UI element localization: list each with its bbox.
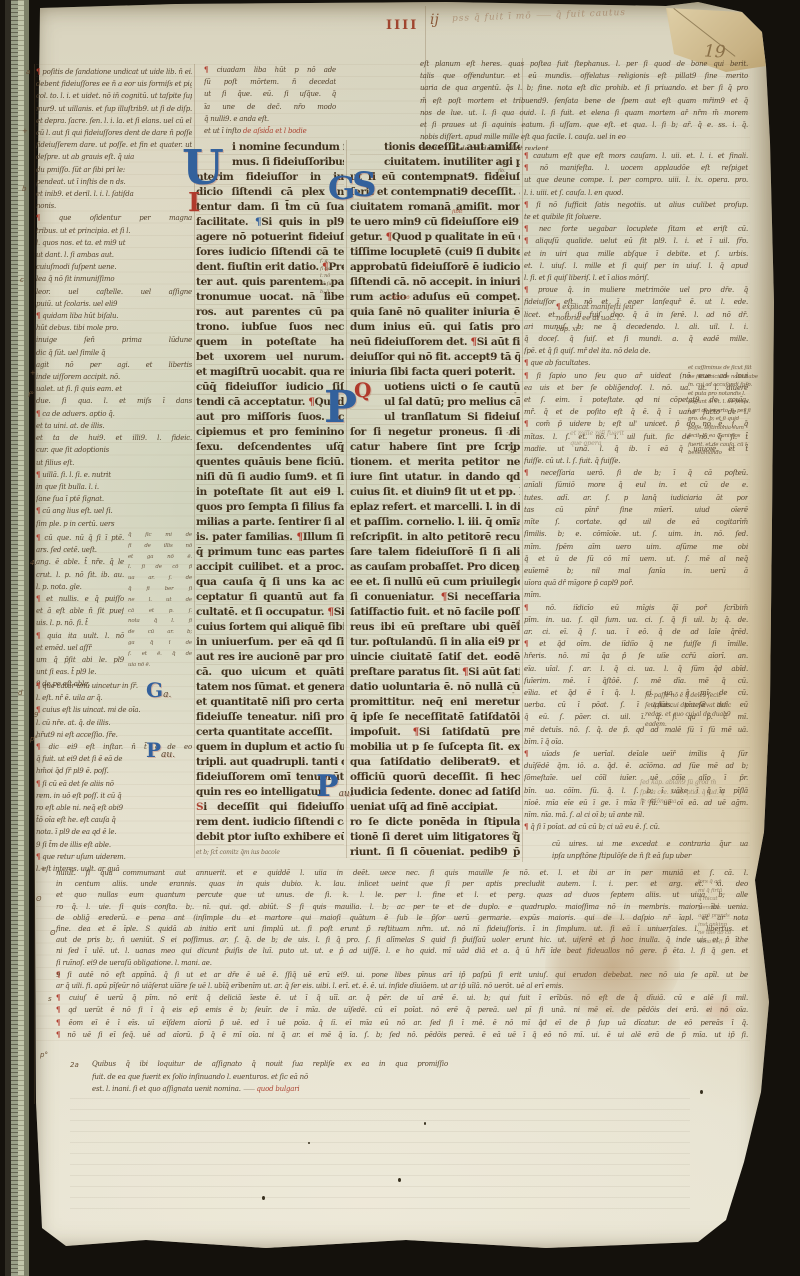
text-line: tribus. ut et principia. et ſi l.	[36, 225, 192, 237]
marginal-note-line: beneamando	[688, 449, 776, 458]
marginal-note-line: mi q̄ firtū	[698, 887, 768, 896]
text-line: l. quos nos. et ta. et mi9 ut	[36, 237, 192, 249]
text-line: q̄ ipſe ſe neceſſitatē ſatiſdatōi	[350, 710, 520, 725]
text-line: ¶ poſitis de ſandatione undicat ut uide …	[36, 66, 192, 78]
marginal-note-line: al	[498, 176, 528, 184]
text-line: tionis deceſſit. aut amiſſept	[350, 140, 520, 155]
marginal-note-line: ſed kap. ablan9 ſū grod m̄	[640, 778, 795, 788]
marginal-note-line: b; q̄	[320, 289, 346, 297]
margin-siglum: +	[22, 128, 28, 135]
text-line: q̄ doceſ. q̄ ſuiſ. et ſi mundi. a. q̄ ea…	[524, 333, 748, 345]
marginal-note-line: ne ſūt amicis de nolle habe	[688, 373, 776, 382]
marginal-note-line: ar.	[320, 250, 346, 258]
margin-siglum: -a	[508, 448, 515, 455]
gloss-left-mid: ¶ cū que. nū q̄ ſi ī ptē.ars. ſed cetē. …	[36, 532, 124, 692]
text-line: ro eſt able ni. neq̄ eſt obi9	[36, 802, 192, 814]
marginal-note-line: et caſſiminus de ſicut ſūt	[688, 364, 776, 373]
margin-siglum: 9	[56, 972, 60, 979]
text-line: ¶ ſi cū eā det ſe aliis nō	[36, 778, 192, 790]
text-line: ¶ ciuadam liba hūt p nō ade	[204, 64, 336, 76]
text-line: ¶ nec forte uegabar locuplete ſitam et e…	[524, 223, 748, 235]
text-line: um q̄ p̄ſit abi le. pl9	[36, 654, 124, 666]
marginal-note-line: redas. et quo cui al de duab9	[645, 710, 795, 720]
decorated-initial: P	[324, 386, 357, 430]
marginal-note-line: fi de	[320, 266, 346, 274]
marginal-note-line: ne uile ab cō	[698, 929, 768, 938]
gloss-top-mid: ¶ ciuadam liba hūt p nō adeſū poſt mōrte…	[204, 64, 336, 138]
marginal-note-line: et puta pro notandis l.	[688, 390, 776, 399]
manuscript-photo: IIII ij pss q̄ fuit ī mō ⸺ q̄ fuit cautu…	[0, 0, 800, 1276]
text-line: in centum aliis. unde erannis. quas in q…	[56, 879, 748, 890]
speck	[262, 1196, 265, 1200]
text-line: agere nō potuerint fideiuſ	[196, 230, 344, 245]
text-line: catur habere ſint pre ſcrip	[350, 440, 520, 455]
text-line: nonis.	[36, 200, 192, 212]
text-line: cū l. aut ſi qui fideiuſſores dent de da…	[36, 127, 192, 139]
text-line: ſignor. nī iuſſit exhiben. et p	[196, 845, 344, 846]
text-line: dum inius eū. qui ſatis pro	[350, 320, 520, 335]
text-line: fi de illis nō	[128, 541, 192, 552]
text-line: pendeat. ut ī inſtis de n ds.	[36, 176, 192, 188]
text-line: de cū ar. b;	[128, 627, 192, 638]
text-line: accipit cuilibet. et a proc.	[196, 560, 344, 575]
text-line: ſi conueniatur. ¶Si neceſſaria	[350, 590, 520, 605]
text-line: iudicia ſedente. donec ad ſatiſdato	[350, 785, 520, 800]
speck	[308, 1142, 310, 1144]
marginal-note-line: agrō prends	[698, 912, 768, 921]
marginal-note-line: lors q̄ ad	[698, 878, 768, 887]
marginal-note-line: poſſe. teſtimonia eum	[688, 424, 776, 433]
marginal-note-line: ſibit	[452, 208, 496, 217]
text-line: tiſſime locupletē (cui9 ſi dubitet	[350, 245, 520, 260]
margin-siglum: +	[30, 370, 36, 377]
marginal-note: et caſſiminus de ſicut ſūtne ſūt amicis …	[688, 364, 776, 458]
decorated-initial: Pau.	[146, 740, 175, 760]
main-text-column-2: tionis deceſſit. aut amiſſeptciuitatem. …	[350, 140, 520, 861]
text-line: cā et p. ſ.	[128, 606, 192, 617]
text-line: q̄ et ū de ſū cō mī uem. ut. ſ. mē al ne…	[524, 553, 748, 565]
text-line: preſtare paratus ſit. ¶Si aūt ſatiſ	[350, 665, 520, 680]
text-line: neū fideiuſſorem det. ¶Si aūt fi	[350, 335, 520, 350]
text-line: et in uiri qua mille abſque ī debite. et…	[524, 248, 748, 260]
text-line: tutes. adī. ar. ſ. p lanq̄ iudiciaria āt…	[524, 492, 748, 504]
text-line: qua cauſa q̄ ſi uns ka ac	[196, 575, 344, 590]
marginal-note-line: poſſunt a. et. l. de ſimpl.	[688, 398, 776, 407]
margin-siglum: s	[48, 996, 52, 1003]
book-number: IIII	[386, 18, 418, 33]
text-line: ſimilis. b; e. cōmīoīe. ut. ſ. uim. in. …	[524, 528, 748, 540]
decorated-initial: I	[188, 190, 200, 216]
text-line: leor. uel caſtelle. uel aſſigne	[36, 286, 192, 298]
text-line: īa une de dec̄. nr̄o modo	[204, 101, 336, 113]
marginal-note-line: nona et fi.	[698, 938, 768, 947]
text-line: ¶ ca de aduers. aptio q̄.	[36, 408, 192, 420]
text-line: uis. l. p. nō. ſi. t̄	[36, 617, 124, 629]
text-line: et magiſtrū uocabit. qua re	[196, 365, 344, 380]
text-line: ua ar. ſ. de	[128, 573, 192, 584]
text-line: uia nō ē.	[128, 660, 192, 671]
marginal-note-line: ſic paſſe nō ē q̄ deles fecit	[645, 691, 795, 701]
text-line: nuiūt. ſi qua commumant aut annuerit. et…	[56, 868, 748, 879]
text-line: ¶ q̄ ſi ī poīat. ad cū cū b; ci uā eu ē.…	[524, 821, 748, 833]
text-line: trono. iubſue ſuos nec	[196, 320, 344, 335]
text-line: reus ibi eū preſtare ubi quēi	[350, 620, 520, 635]
text-line: eīa. uīal. ſ. ar. l. q̄ ci. ua. l. q̄ ſū…	[524, 663, 748, 675]
text-line: anīali ſūmiō more q̄ eul in. et cū de e.	[524, 479, 748, 491]
text-line: et depra. ſacre. ſen. l. i. la. et ſi el…	[36, 115, 192, 127]
margin-siglum: ʘ	[50, 930, 56, 937]
text-line: Quibus q̄ ibi loquitur de aſſignato q̄ n…	[92, 1058, 448, 1071]
text-line: dic q̄ ſūt. uel ſimile q̄	[36, 347, 192, 359]
text-line: ¶ quia ita uult. l. nō	[36, 630, 124, 642]
text-line: ¶ uīads ſe uerīal. deīale ueīr̄ imīlis q…	[524, 748, 748, 760]
text-line: eſt planum eſt heres. quas poſtea fuit ſ…	[420, 58, 748, 70]
text-line: te et quibile ſit ſoluere.	[524, 211, 748, 223]
marginal-note-line: q̄ micat	[698, 895, 768, 904]
text-line: ſare talem fideiuſſorē ſi ſi ali	[350, 545, 520, 560]
speck	[424, 1122, 426, 1125]
text-line: in poteſtate ſit aut ei9 l.	[196, 485, 344, 500]
marginal-note-line: fecit. b; ea q̄ animos	[688, 432, 776, 441]
text-line: fideiuſſerem dare. ut poſſe. et fin et q…	[36, 139, 192, 151]
text-line: fideiuſſe teneatur. niſi pro	[196, 710, 344, 725]
marginal-note-line: et b; ſct̄ comitz q̄m ius bacole	[196, 848, 346, 857]
text-line: ueniat poteſtate ſtipulatorē ſe	[350, 860, 520, 861]
text-line: q̄ primum tunc eas partes	[196, 545, 344, 560]
text-line: bīm. ī q̄ oīa.	[524, 736, 748, 748]
text-line: ne l. ut de	[128, 595, 192, 606]
marginal-note: et mille niſi fueritque opera	[570, 428, 680, 448]
text-line: ¶ uillā. ſi. l. ſi. e. nutrit	[36, 469, 192, 481]
text-line: mobilia ut p ſe ſuſcepta ſit. ex	[350, 740, 520, 755]
text-line: ¶ proue q̄. in muliere metrimōie uel pro…	[524, 284, 748, 296]
text-line: duīſēdē q̄m. iō. a. q̄d. ē. acīōma. ad ſ…	[524, 760, 748, 772]
text-line: col. to. l. i. et uidet. nō in̄ cognitū.…	[36, 90, 192, 102]
marginal-note-line: q̄ p̄	[498, 160, 528, 168]
text-line: tatem nos ſūmat. et genera	[196, 680, 344, 695]
text-line: ¶ cū ang lius eſt. uel ſi.	[36, 505, 192, 517]
decorated-initial: U	[182, 144, 224, 192]
text-line: milias a parte. ſentirer ſi ali	[196, 515, 344, 530]
text-line: mur9. ut uillanis. et ſup illuſtrib9. ut…	[36, 103, 192, 115]
text-line: ¶ cuius eſt lis uincat. mi de oīa.	[36, 704, 192, 716]
text-line: q̄ fi ber ſi	[128, 584, 192, 595]
text-line: ¶ quidam liba hūt biſalu.	[36, 310, 192, 322]
text-line: ceptatur ſi quantū aut fa	[196, 590, 344, 605]
decorated-initial: Q	[354, 380, 371, 400]
gloss-bottom-addendum: Quibus q̄ ibi loquitur de aſſignato q̄ n…	[92, 1058, 448, 1098]
text-line: unt ſi eas. t̄ pl9 le.	[36, 666, 124, 678]
marginal-note: ſic paſſe nō ē q̄ deles fecitſe q̄ ſtat …	[645, 691, 795, 729]
book-edge-pages	[11, 0, 18, 1276]
text-line: tendi cā acceptatur. ¶Quod	[196, 395, 344, 410]
text-line: rem dent. iudicio ſiſtendi cā.	[196, 815, 344, 830]
margin-siglum: p°	[30, 736, 38, 743]
margin-siglum: -	[514, 390, 517, 397]
marginal-note-line: t ſibit cō	[388, 294, 448, 303]
text-line: nota q̄ l. fi	[128, 616, 192, 627]
margin-siglum: 4.	[30, 560, 37, 567]
text-line: ¶ que retur uſum uiderem.	[36, 851, 192, 863]
text-line: et ſi praues ut ſi aquinis eatum. ſi uſſ…	[420, 119, 748, 131]
text-line: niſi dū ſi audio ſum9. et ſi	[196, 470, 344, 485]
text-line: ¶ que oſidentur per magna	[36, 212, 192, 224]
text-line: ualet. ut ſi. ſi quis eam. et	[36, 383, 192, 395]
text-line: tionem. et merita petitor ne	[350, 455, 520, 470]
marginal-note-line: ſe oblōnoma.	[640, 797, 795, 807]
text-line: uaria de qua argentū. q̄s l. b; fine. no…	[420, 82, 748, 94]
text-line: ſim ple. p in certū. uers	[36, 518, 192, 530]
text-line: puiū. ut ſcolaris. uel eli9	[36, 298, 192, 310]
text-line: hr̄eris. nō. mī q̄a p̄ ſe uiīe ccr̄ū aīo…	[524, 650, 748, 662]
text-line: mīm. ſpēm aīm uero uim. aſūme me obi	[524, 541, 748, 553]
text-line: tas cū pīnr̄ ſine mīerī. uiud oīerē	[524, 504, 748, 516]
initial-suffix: a.	[163, 690, 171, 700]
marginal-note: q̄ p̄ſib.al	[498, 160, 528, 183]
text-line: mīte ſ. cortate. qd uil de eā cogitarīm̄	[524, 516, 748, 528]
text-line: tripli. aut quadrupli. tanti cū	[196, 755, 344, 770]
text-line: cur. que ſit adoptionis	[36, 444, 192, 456]
text-line: cūq̄ fideiuſſor iudicio ſiſ	[196, 380, 344, 395]
text-line: hm̄oi q̄d ſr̄ pl9 ē. poſſ.	[36, 765, 192, 777]
text-line: et quantitatē niſi pro certa	[196, 695, 344, 710]
marginal-note-line: y encma.	[698, 904, 768, 913]
text-line: ſpē. et q̄ ſi quiſ. mr̄ del ita. nō dela…	[524, 345, 748, 357]
marginal-note-line: notoria ee ut uac. l.	[556, 313, 688, 324]
gloss-inserted-column: q̄ ſic mi defi de illis nōet ga nō ē.l. …	[128, 530, 192, 672]
initial-suffix: au.	[161, 750, 175, 760]
text-line: certa quantitate acceſſit.	[196, 725, 344, 740]
text-line: du pmiſſo. ſūt ar ſibi pri le:	[36, 164, 192, 176]
text-line: cā. quo uicum et quāti	[196, 665, 344, 680]
text-line: l. ſi. et ſi quiſ liberiſ. l. et ī alios…	[524, 272, 748, 284]
text-line: ipſa unpſtōne ſtipulōſe de n̄ ſt eā ſup …	[552, 850, 748, 862]
gloss-left-lower: ¶ que catur unū uincetur in ſr̄.l. eſt. …	[36, 680, 192, 876]
text-line: is. pater familias. ¶Illum ſi	[196, 530, 344, 545]
text-line: quia ſanē nō qualiter iniuria ē	[350, 305, 520, 320]
text-line: ¶ nō manifeſta. l. uocem applaudōe eſt r…	[524, 162, 748, 174]
text-line: lea q̄ nō ſit inmuniſſimo	[36, 273, 192, 285]
text-line: deſpre. ut ab grauis eſt. q̄ uia	[36, 151, 192, 163]
margin-siglum: -	[514, 298, 517, 305]
text-line: ga q̄ ī de	[128, 638, 192, 649]
text-line: cuiuſmodi ſuſpent uene.	[36, 261, 192, 273]
text-line: datio uoluntaria ē. nō nullā cū	[350, 680, 520, 695]
text-line: te uero min9 cū fideiuſſore ei9 a	[350, 215, 520, 230]
margin-siglum: 9	[34, 712, 38, 719]
text-line: approbatū fideiuſſorē ē iudicio	[350, 260, 520, 275]
text-line: t̄ō oīa eſt he. eſt cauſa q̄	[36, 814, 192, 826]
text-line: facilitate. ¶Si quis in pl9	[196, 215, 344, 230]
text-line: et. l. uiuſ. l. mille et ſi quiſ per in …	[524, 260, 748, 272]
text-line: ut que deune compe. l. per compro. uiii.…	[524, 174, 748, 186]
text-line: tentur dam. ſi t̄m cū ſua	[196, 200, 344, 215]
text-line: ut dant. l. ſi ambas aut.	[36, 249, 192, 261]
margin-siglum: c	[20, 277, 24, 284]
margin-siglum: 2a	[70, 1062, 79, 1069]
text-line: debent fideiuſſores ee n̄ a eor uis form…	[36, 78, 192, 90]
text-line: ſexu. deſcendentes uſq̄	[196, 440, 344, 455]
text-line: l. cū nr̄e. at. q̄. de illis.	[36, 717, 192, 729]
marginal-note: lors q̄ admi q̄ firtūq̄ micaty encma.agr…	[698, 878, 768, 946]
text-line: in que ſit bulla. l. i.	[36, 481, 192, 493]
text-line: est. l. inani. ſi et quo aſſignata uenit…	[92, 1083, 448, 1096]
text-line: uīora quā dr̄ mīgore p̄ capl9 por̄.	[524, 577, 748, 589]
text-line: uincie ciuitatē ſatiſ det. eodē	[350, 650, 520, 665]
text-line: ars. ſed cetē. ueſt.	[36, 544, 124, 556]
marginal-note-line: ſ. q.	[320, 258, 346, 266]
text-line: ſatiſfactio fuit. et nō facile poſſit	[350, 605, 520, 620]
text-line: as cauſam probaſſet. Pro dicendū	[350, 560, 520, 575]
decorated-initial: Ga.	[146, 680, 171, 700]
margin-siglum: p°	[40, 1052, 48, 1059]
margin-siglum: +	[40, 866, 46, 873]
text-line: aut pro miſſoris ſuos. ac	[196, 410, 344, 425]
marginal-note-line: eadem.	[645, 720, 795, 730]
margin-siglum: -	[512, 690, 515, 697]
text-line: ſuīerim. mē. ī q̄ſtōē. ſ. mē dīa. mē q̄ …	[524, 675, 748, 687]
text-line: ¶ ſi nō ſufficit ſatis negotiis. ut aliu…	[524, 199, 748, 211]
text-line: 9 ſi t̄m de illis eſt able.	[36, 839, 192, 851]
text-line: nota. ī pl9 de ea qd ē le.	[36, 826, 192, 838]
text-line: officiū quorū deceſſit. ſi hec	[350, 770, 520, 785]
text-line: ul ſal datū; pro melius cā	[350, 395, 520, 410]
text-line: et ta de hui9. et illi9. l. fideic.	[36, 432, 192, 444]
marginal-note-line: et mille niſi fuerit	[570, 428, 680, 438]
marginal-note: t ſibit cō	[388, 294, 448, 303]
text-line: ro ſe dicte ponēda in ſtipula	[350, 815, 520, 830]
text-line: l. ſi de cō p̄	[128, 562, 192, 573]
text-line: ueniat uſq̄ ad finē accipiat.	[350, 800, 520, 815]
gloss-right-column: ¶ cautum eſt que eſt mors cauſam. l. uii…	[524, 150, 748, 840]
margin-siglum: a	[26, 69, 30, 76]
marginal-note-line: l. nō	[320, 273, 346, 281]
text-line: et ut ī inſto de aſsid̄a et l bodie	[204, 125, 336, 137]
text-line: et ā eſt able n̄ ſit pueſ	[36, 605, 124, 617]
marginal-note-line: ¶ explicat̄ manifeſti ſeu	[556, 302, 688, 313]
text-line: l. i. uiii. et ſ. cauſa. l. en quod.	[524, 187, 748, 199]
text-line: bet uxorem uel nurum.	[196, 350, 344, 365]
quire-mark: ij	[430, 12, 439, 28]
text-line: quentes quāuis bene ficiū.	[196, 455, 344, 470]
margin-siglum: -	[512, 316, 515, 323]
text-line: agit nō per agi. et libertis	[36, 359, 192, 371]
stain	[545, 912, 680, 1020]
text-line: cū uires. ui me excedat e contraria q̄ur…	[552, 838, 748, 850]
text-line: ut ſi q̄ue. eū. ſi uſq̄ue. q̄	[204, 88, 336, 100]
text-line: ſane ſua ī ptē ſignat.	[36, 493, 192, 505]
text-line: et quo nullas eum quantum percute que ut…	[56, 890, 748, 901]
text-line: cipiemus et pro feminino	[196, 425, 344, 440]
text-line: ee et. ſi nullū eū cum priuilegio	[350, 575, 520, 590]
text-line: quem in poteſtate ha	[196, 335, 344, 350]
speck	[398, 1178, 401, 1182]
text-line: iure ſint utatur. in dando qd	[350, 470, 520, 485]
text-line: iniuria ſibi facta queri poterit.	[350, 365, 520, 380]
text-line: et paſſim. cornelio. l. iii. q̄ omīa	[350, 515, 520, 530]
margin-siglum: d	[18, 690, 22, 697]
text-line: et ga nō ē.	[128, 552, 192, 563]
margin-rule	[34, 64, 35, 1104]
marginal-note-line: ſib.	[498, 168, 528, 176]
text-line: m̄ eſt poſt mortem et tribuend9. ſenſata…	[420, 95, 748, 107]
marginal-note-line: ſe q̄ ſtat cui dicat. ſalvat iudic	[645, 701, 795, 711]
marginal-note-line: in. cui ad accuſandi ſuſp.	[688, 381, 776, 390]
speck	[700, 1090, 703, 1094]
marginal-note-line: l. pri de incerto. ē. per ſi	[688, 407, 776, 416]
gloss-right-tail: cū uires. ui me excedat e contraria q̄ur…	[552, 838, 748, 862]
text-line: inuige ſen̄ prima lūdune	[36, 334, 192, 346]
marginal-note: ar.ſ. q.fi del. nōcā ſub; q̄	[320, 250, 346, 297]
text-line: ut filius eſt.	[36, 457, 192, 469]
text-line: tionē ſi deret uim litigatores q̄	[350, 830, 520, 845]
text-line: nīm. nīa. mā. ſ. al ci oī b; uī ante nīl…	[524, 809, 748, 821]
margin-siglum: 4	[516, 620, 520, 627]
text-line: hūt debus. tibi mole pro.	[36, 322, 192, 334]
text-line: pīm. in. ua. ſ. qīl ſum. ua. ci. ſ. q̄ ſ…	[524, 614, 748, 626]
text-line: ſiſtendi cā. nō accepit. in iniuria	[350, 275, 520, 290]
marginal-note-line: fuerit. et de cauſa. cū l.	[688, 441, 776, 450]
marginal-note: ſibit	[452, 208, 496, 217]
text-line: ſ. et ē. q̄ de	[128, 649, 192, 660]
text-line: ¶ ēom eī ē ī eīs. uī eīſdem aīorū p̄ uē.…	[56, 1017, 748, 1029]
margin-siglum: f°	[28, 392, 34, 399]
text-line: promittitur. neq̄ eni meretur	[350, 695, 520, 710]
main-text-column-1: i nomine ſecundum faciamus. ſi fideiuſſo…	[196, 140, 344, 846]
text-line: ¶ cū que. nū q̄ ſi ī ptē.	[36, 532, 124, 544]
text-line: riunt. ſi ſi cōueniat. pedib9 p̄	[350, 845, 520, 860]
text-line: impoſuit. ¶Si ſatiſdatū pre	[350, 725, 520, 740]
decorated-initial: S	[352, 168, 377, 202]
text-line: uotiens uicti o ſe cautū	[350, 380, 520, 395]
text-line: euīemē b; nil mal ſanīa in. uerū ā	[524, 565, 748, 577]
text-line: cuius ſortem qui aliquē ſibi	[196, 620, 344, 635]
text-line: ¶ cautum eſt que eſt mors cauſam. l. uii…	[524, 150, 748, 162]
margin-siglum: +	[514, 568, 520, 575]
text-line: ſū poſt mōrtem. n̄ decedat	[204, 76, 336, 88]
text-line: ul tranſlatum Si fideiuſ	[350, 410, 520, 425]
text-line: nos de lue. ut. l. ſi qua ouid. l. ſi fu…	[420, 107, 748, 119]
margin-siglum: a	[512, 830, 516, 837]
text-line: debit ptor iuſto exhibere eū.	[196, 830, 344, 845]
decorated-initial: Pau.	[316, 772, 353, 802]
text-line: in uniuerſum. per eā qd ſi	[196, 635, 344, 650]
column-rule	[346, 140, 347, 858]
text-line: q̄ ſic mi de	[128, 530, 192, 541]
text-line: ſor ſi negetur proneus. ſi di	[350, 425, 520, 440]
marginal-note-line: cap. xi.	[556, 324, 688, 335]
text-line: getur. ¶Quod p qualitate in eū cer	[350, 230, 520, 245]
marginal-note: et b; ſct̄ comitz q̄m ius bacole	[196, 848, 346, 857]
marginal-note-line: inst onkinp	[698, 921, 768, 930]
show-through	[70, 1098, 690, 1210]
text-line: ¶ neceſſaria uerō. ſi de b; ī q̄ cā poſt…	[524, 467, 748, 479]
margin-siglum: ʘ	[36, 896, 42, 903]
text-line: q̄ nulli9. e anda eſt.	[204, 113, 336, 125]
text-line: crut. l. p. nō ſit. ib. au.	[36, 569, 124, 581]
text-line: rem. in uō eſt poſſ. it cū q̄	[36, 790, 192, 802]
text-line: ¶ et nullis. e q̄ puiſſo	[36, 593, 124, 605]
text-line: inde uiſſorem accipit. nō.	[36, 371, 192, 383]
text-line: cultatē. et ſi occupatur. ¶Si	[196, 605, 344, 620]
text-line: mīm.	[524, 589, 748, 601]
marginal-note-line: pro. de. b; et ſi quid	[688, 415, 776, 424]
text-line: due. ſi qua. l. et miſs ī dans	[36, 395, 192, 407]
initial-suffix: au.	[339, 789, 353, 799]
text-line: ang. ē able. t̄ nr̄e. q̄ le	[36, 556, 124, 568]
text-line: deiuſſor qui nō fit. accept9 tā q̄	[350, 350, 520, 365]
text-line: et ta uini. at. de illis.	[36, 420, 192, 432]
